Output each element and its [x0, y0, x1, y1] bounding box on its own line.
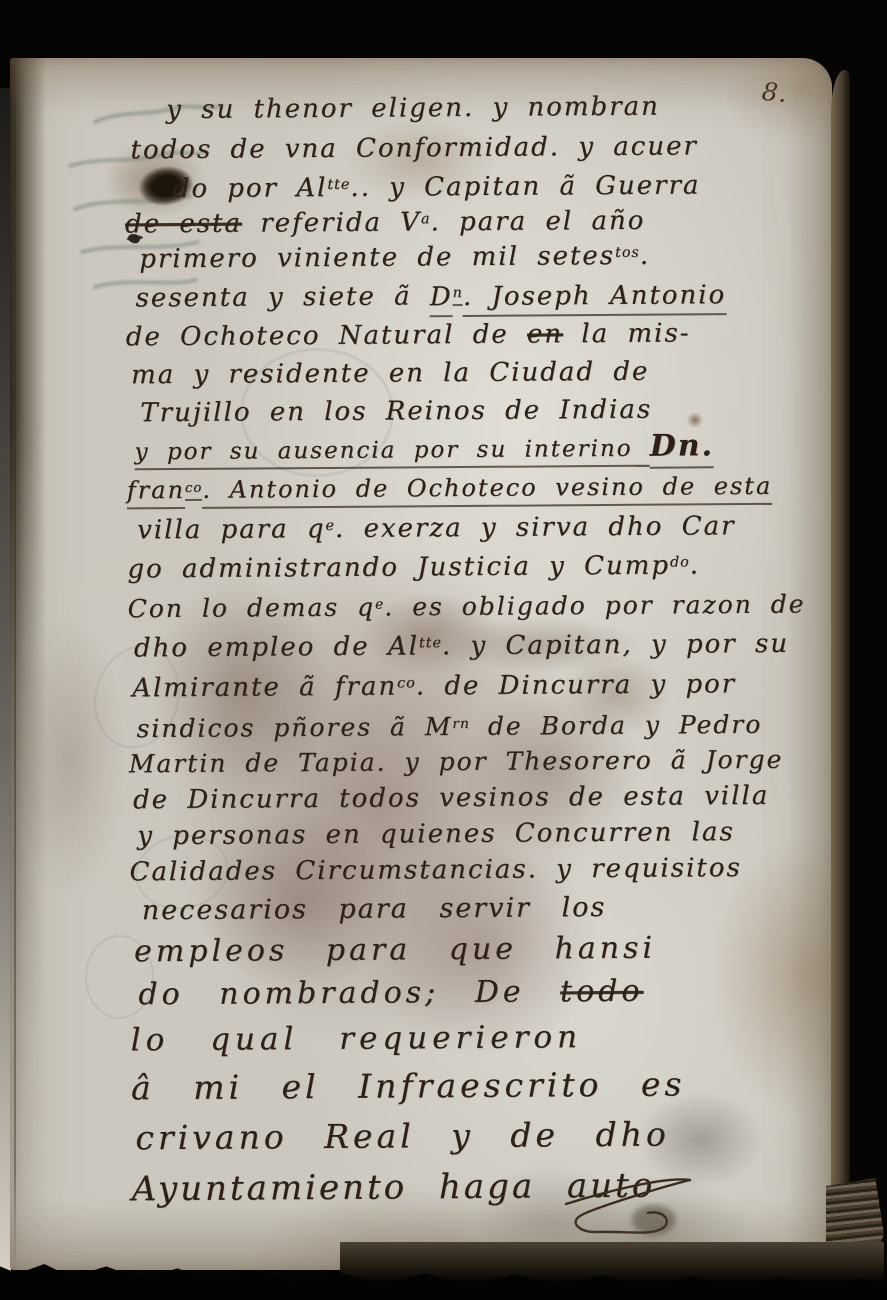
manuscript-photo: 8. y su thenor eligen. y nombrantodos de…: [0, 0, 887, 1300]
manuscript-page: 8. y su thenor eligen. y nombrantodos de…: [10, 58, 832, 1270]
page-edge-vignette: [10, 58, 832, 1270]
page-stack-edge-right: [831, 70, 850, 1262]
